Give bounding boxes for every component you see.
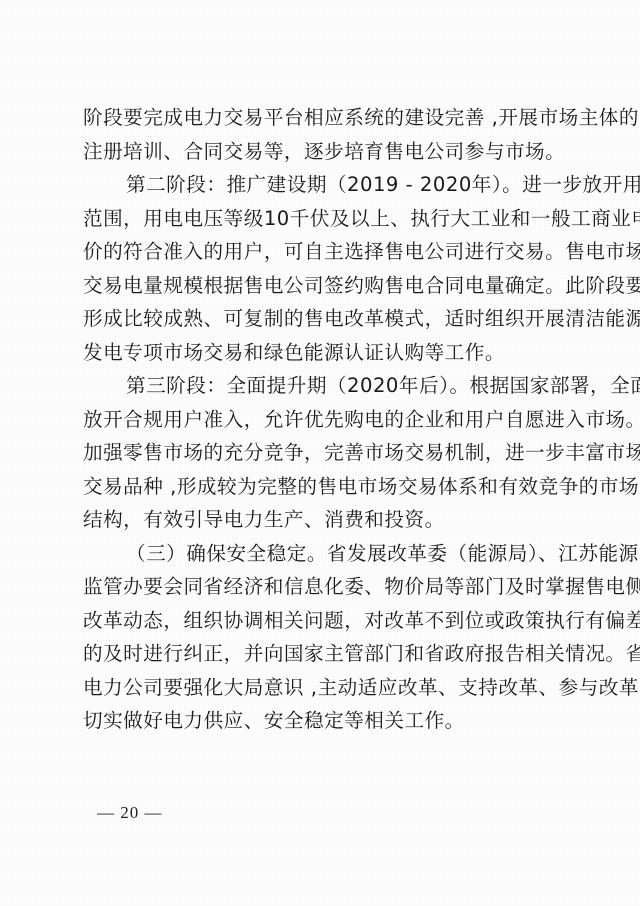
- text-line: 注册培训、合同交易等，逐步培育售电公司参与市场。: [83, 135, 559, 169]
- text-line: 范围，用电电压等级10千伏及以上、执行大工业和一般工商业电: [83, 202, 559, 236]
- text-line: 的及时进行纠正，并向国家主管部门和省政府报告相关情况。省: [83, 637, 559, 671]
- text-line: 结构，有效引导电力生产、消费和投资。: [83, 503, 559, 537]
- paragraph-continuation: 阶段要完成电力交易平台相应系统的建设完善 ,开展市场主体的 注册培训、合同交易等…: [83, 101, 559, 168]
- text-line: 形成比较成熟、可复制的售电改革模式，适时组织开展清洁能源: [83, 302, 559, 336]
- text-line: 第二阶段：推广建设期（2019 - 2020年）。进一步放开用户: [83, 168, 559, 202]
- text-line: 放开合规用户准入，允许优先购电的企业和用户自愿进入市场。: [83, 403, 559, 437]
- text-line: 切实做好电力供应、安全稳定等相关工作。: [83, 704, 559, 738]
- text-line: 电力公司要强化大局意识 ,主动适应改革、支持改革、参与改革，: [83, 671, 559, 705]
- document-body: 阶段要完成电力交易平台相应系统的建设完善 ,开展市场主体的 注册培训、合同交易等…: [83, 101, 559, 738]
- text-line: 价的符合准入的用户，可自主选择售电公司进行交易。售电市场: [83, 235, 559, 269]
- paragraph-stage-three: 第三阶段：全面提升期（2020年后）。根据国家部署，全面 放开合规用户准入，允许…: [83, 369, 559, 537]
- text-line: 监管办要会同省经济和信息化委、物价局等部门及时掌握售电侧: [83, 570, 559, 604]
- text-line: 加强零售市场的充分竞争，完善市场交易机制，进一步丰富市场: [83, 436, 559, 470]
- paragraph-ensure-stability: （三）确保安全稳定。省发展改革委（能源局）、江苏能源 监管办要会同省经济和信息化…: [83, 537, 559, 738]
- text-line: 第三阶段：全面提升期（2020年后）。根据国家部署，全面: [83, 369, 559, 403]
- text-line: 交易电量规模根据售电公司签约购售电合同电量确定。此阶段要: [83, 269, 559, 303]
- text-line: 发电专项市场交易和绿色能源认证认购等工作。: [83, 336, 559, 370]
- paragraph-stage-two: 第二阶段：推广建设期（2019 - 2020年）。进一步放开用户 范围，用电电压…: [83, 168, 559, 369]
- document-page: 阶段要完成电力交易平台相应系统的建设完善 ,开展市场主体的 注册培训、合同交易等…: [0, 0, 640, 906]
- page-number: — 20 —: [97, 803, 163, 823]
- text-line: 改革动态，组织协调相关问题，对改革不到位或政策执行有偏差: [83, 604, 559, 638]
- text-line: （三）确保安全稳定。省发展改革委（能源局）、江苏能源: [83, 537, 559, 571]
- text-line: 阶段要完成电力交易平台相应系统的建设完善 ,开展市场主体的: [83, 101, 559, 135]
- text-line: 交易品种 ,形成较为完整的售电市场交易体系和有效竞争的市场: [83, 470, 559, 504]
